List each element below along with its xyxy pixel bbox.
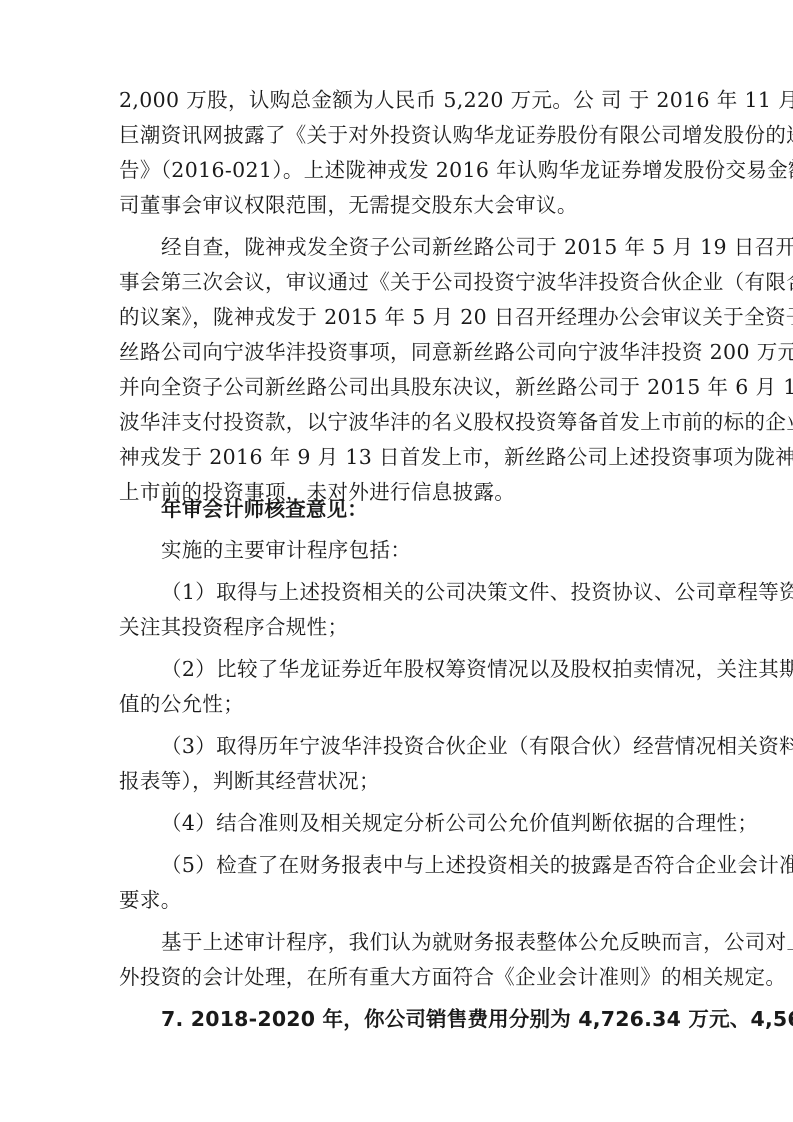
paragraph-line: 并向全资子公司新丝路公司出具股东决议，新丝路公司于 2015 年 6 月 11 … bbox=[119, 375, 793, 399]
list-item-line: （2）比较了华龙证券近年股权筹资情况以及股权拍卖情况，关注其期末价 bbox=[161, 657, 793, 681]
list-item-line: （4）结合准则及相关规定分析公司公允价值判断依据的合理性； bbox=[161, 811, 758, 835]
list-item-line: （1）取得与上述投资相关的公司决策文件、投资协议、公司章程等资料， bbox=[161, 580, 793, 604]
paragraph-line: 事会第三次会议，审议通过《关于公司投资宁波华沣投资合伙企业（有限合伙） bbox=[119, 270, 793, 294]
paragraph-line: 2,000 万股，认购总金额为人民币 5,220 万元。公 司 于 2016 年… bbox=[119, 88, 793, 112]
section-heading: 年审会计师核查意见： bbox=[161, 497, 368, 521]
paragraph-line: 告》（2016-021）。上述陇神戎发 2016 年认购华龙证券增发股份交易金额… bbox=[119, 158, 793, 182]
paragraph-line: 经自查，陇神戎发全资子公司新丝路公司于 2015 年 5 月 19 日召开第一届… bbox=[161, 235, 793, 259]
paragraph-line: 的议案》，陇神戎发于 2015 年 5 月 20 日召开经理办公会审议关于全资子… bbox=[119, 305, 793, 329]
paragraph-line: 丝路公司向宁波华沣投资事项，同意新丝路公司向宁波华沣投资 200 万元人民币， bbox=[119, 340, 793, 364]
list-item-line: 报表等），判断其经营状况； bbox=[119, 769, 380, 793]
list-item-line: 关注其投资程序合规性； bbox=[119, 615, 348, 639]
paragraph-line: 波华沣支付投资款，以宁波华沣的名义股权投资筹备首发上市前的标的企业。陇 bbox=[119, 410, 793, 434]
paragraph-line: 基于上述审计程序，我们认为就财务报表整体公允反映而言，公司对上述对 bbox=[161, 930, 793, 954]
list-item-line: （5）检查了在财务报表中与上述投资相关的披露是否符合企业会计准则的 bbox=[161, 853, 793, 877]
paragraph-line: 实施的主要审计程序包括： bbox=[161, 538, 411, 562]
list-item-line: （3）取得历年宁波华沣投资合伙企业（有限合伙）经营情况相关资料（如 bbox=[161, 734, 793, 758]
question-heading: 7. 2018-2020 年，你公司销售费用分别为 4,726.34 万元、4,… bbox=[161, 1007, 793, 1031]
paragraph-line: 神戎发于 2016 年 9 月 13 日首发上市，新丝路公司上述投资事项为陇神戎… bbox=[119, 445, 793, 469]
paragraph-line: 司董事会审议权限范围，无需提交股东大会审议。 bbox=[119, 193, 578, 217]
list-item-line: 值的公允性； bbox=[119, 692, 244, 716]
paragraph-line: 外投资的会计处理，在所有重大方面符合《企业会计准则》的相关规定。 bbox=[119, 965, 786, 989]
list-item-line: 要求。 bbox=[119, 888, 182, 912]
paragraph-line: 巨潮资讯网披露了《关于对外投资认购华龙证券股份有限公司增发股份的进展公 bbox=[119, 123, 793, 147]
